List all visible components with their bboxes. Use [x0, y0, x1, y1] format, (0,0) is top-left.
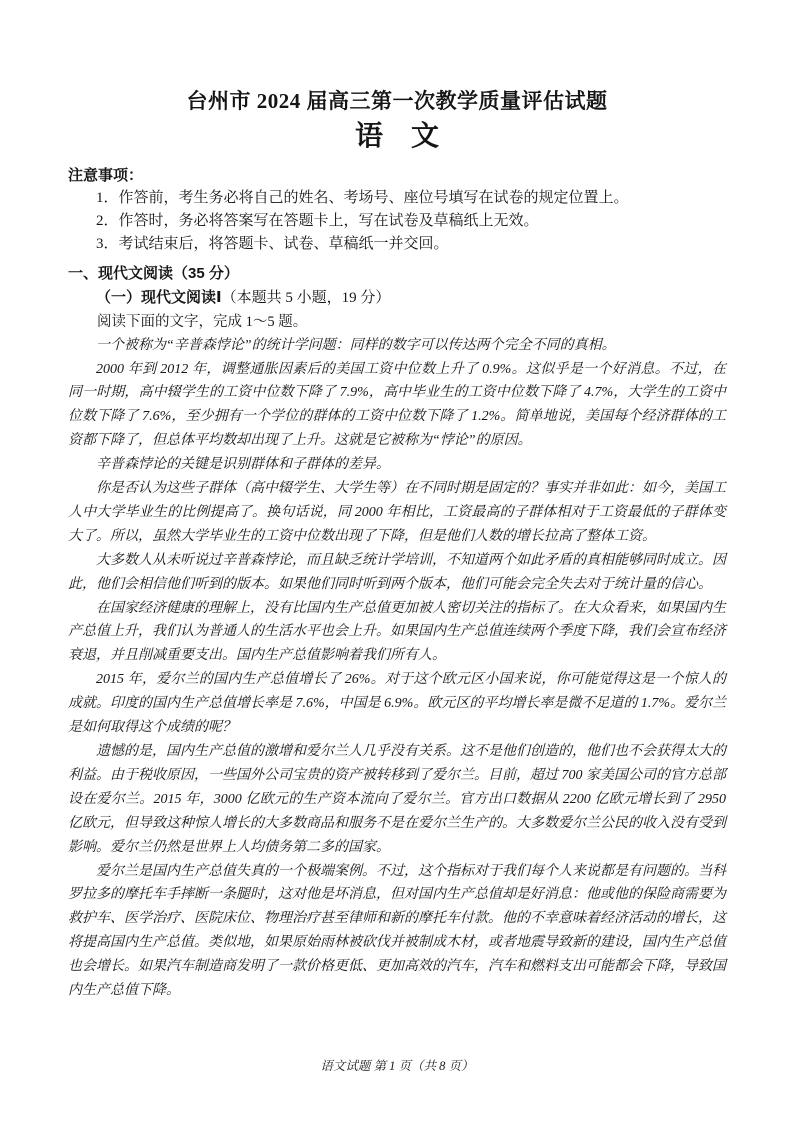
passage-paragraph: 2015 年，爱尔兰的国内生产总值增长了 26%。对于这个欧元区小国来说，你可能…	[68, 668, 726, 740]
passage-paragraph: 大多数人从未听说过辛普森悖论，而且缺乏统计学培训，不知道两个如此矛盾的真相能够同…	[68, 549, 726, 597]
notice-heading: 注意事项：	[68, 164, 726, 187]
passage-paragraph: 一个被称为“辛普森悖论”的统计学问题：同样的数字可以传达两个完全不同的真相。	[68, 334, 726, 358]
page-footer: 语文试题 第 1 页（共 8 页）	[0, 1057, 794, 1075]
notice-item: 1．作答前，考生务必将自己的姓名、考场号、座位号填写在试卷的规定位置上。	[96, 187, 726, 210]
notice-item: 2．作答时，务必将答案写在答题卡上，写在试卷及草稿纸上无效。	[96, 210, 726, 233]
part-heading: （一）现代文阅读Ⅰ（本题共 5 小题，19 分）	[96, 286, 726, 310]
passage-body: 一个被称为“辛普森悖论”的统计学问题：同样的数字可以传达两个完全不同的真相。 2…	[68, 334, 726, 1003]
paper-title: 台州市 2024 届高三第一次教学质量评估试题	[68, 86, 726, 117]
passage-paragraph: 遗憾的是，国内生产总值的激增和爱尔兰人几乎没有关系。这不是他们创造的，他们也不会…	[68, 740, 726, 860]
passage-paragraph: 在国家经济健康的理解上，没有比国内生产总值更加被人密切关注的指标了。在大众看来，…	[68, 597, 726, 669]
notice-item: 3．考试结束后，将答题卡、试卷、草稿纸一并交回。	[96, 233, 726, 256]
section-heading: 一、现代文阅读（35 分）	[68, 262, 726, 286]
part-info: （本题共 5 小题，19 分）	[222, 290, 391, 306]
passage-paragraph: 爱尔兰是国内生产总值失真的一个极端案例。不过，这个指标对于我们每个人来说都是有问…	[68, 860, 726, 1003]
exam-paper-page: 台州市 2024 届高三第一次教学质量评估试题 语 文 注意事项： 1．作答前，…	[0, 0, 794, 1123]
passage-paragraph: 辛普森悖论的关键是识别群体和子群体的差异。	[68, 453, 726, 477]
paper-subject: 语 文	[68, 118, 726, 156]
passage-paragraph: 2000 年到 2012 年，调整通胀因素后的美国工资中位数上升了 0.9%。这…	[68, 358, 726, 454]
reading-instruction: 阅读下面的文字，完成 1～5 题。	[68, 310, 726, 334]
part-name: （一）现代文阅读Ⅰ	[96, 289, 222, 306]
reading-section: 一、现代文阅读（35 分） （一）现代文阅读Ⅰ（本题共 5 小题，19 分） 阅…	[68, 262, 726, 1003]
notice-section: 注意事项： 1．作答前，考生务必将自己的姓名、考场号、座位号填写在试卷的规定位置…	[68, 164, 726, 257]
passage-paragraph: 你是否认为这些子群体（高中辍学生、大学生等）在不同时期是固定的？事实并非如此：如…	[68, 477, 726, 549]
